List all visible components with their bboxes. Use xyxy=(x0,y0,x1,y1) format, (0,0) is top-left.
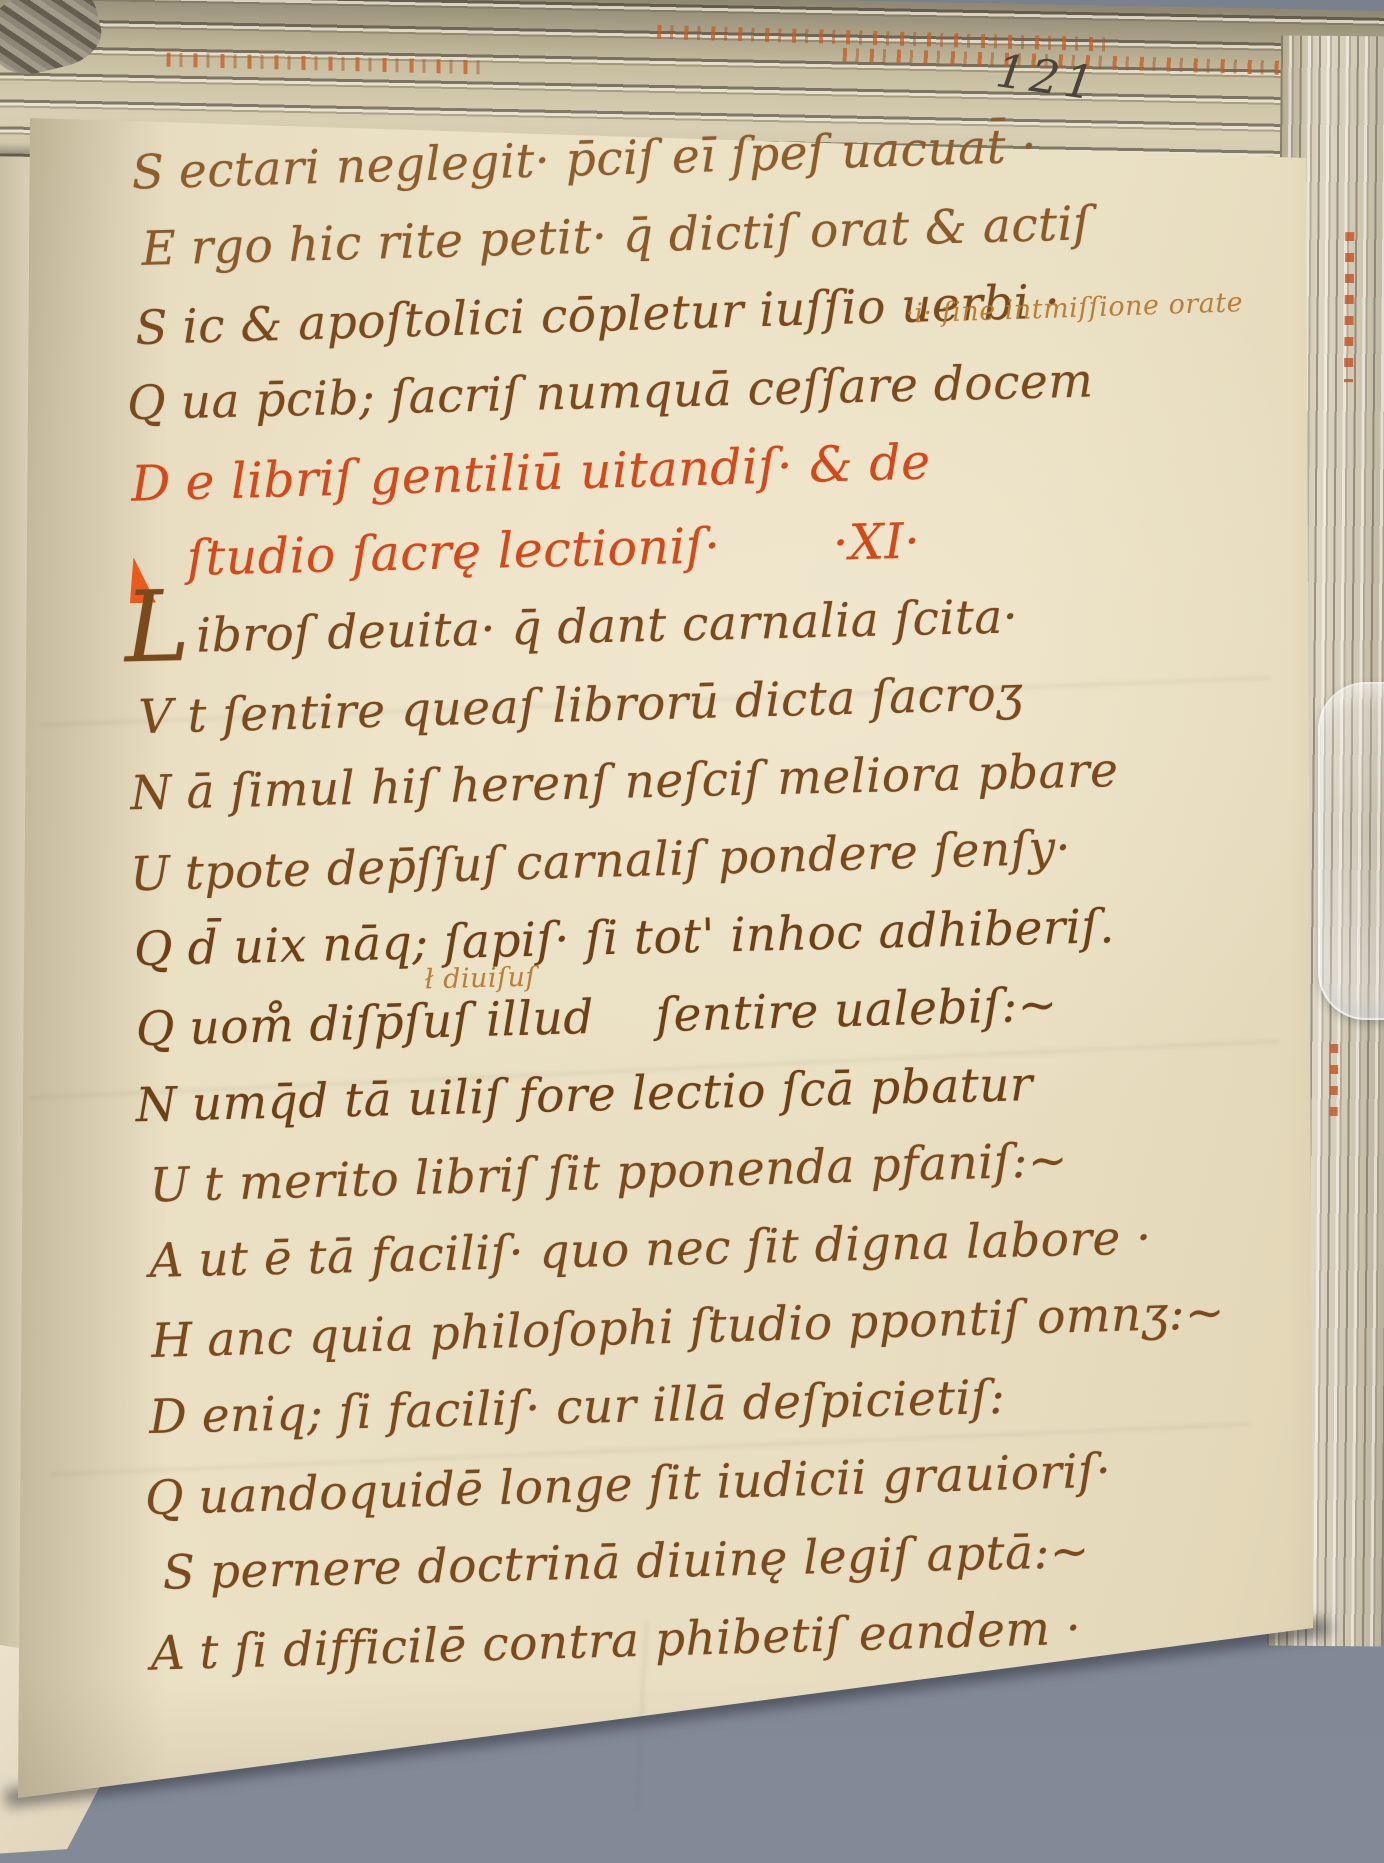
edge-ink-traces xyxy=(1344,232,1354,382)
text-block: Sectari neglegit· p̄ciſ eī ſpeſ uacuat̄ … xyxy=(113,99,1351,1767)
decorated-initial: L xyxy=(124,627,190,629)
edge-ink-traces xyxy=(166,53,481,75)
interlinear-gloss: ł diuiſuſ xyxy=(424,962,536,996)
edge-ink-traces xyxy=(657,25,1112,52)
page-holder-clip xyxy=(1318,682,1384,1020)
manuscript-line-7-text: ibroſ deuita· q̄ dant carnalia ſcita· xyxy=(196,589,1019,663)
manuscript-photo: 121 Sectari neglegit· p̄ciſ eī ſpeſ uacu… xyxy=(0,0,1384,1863)
